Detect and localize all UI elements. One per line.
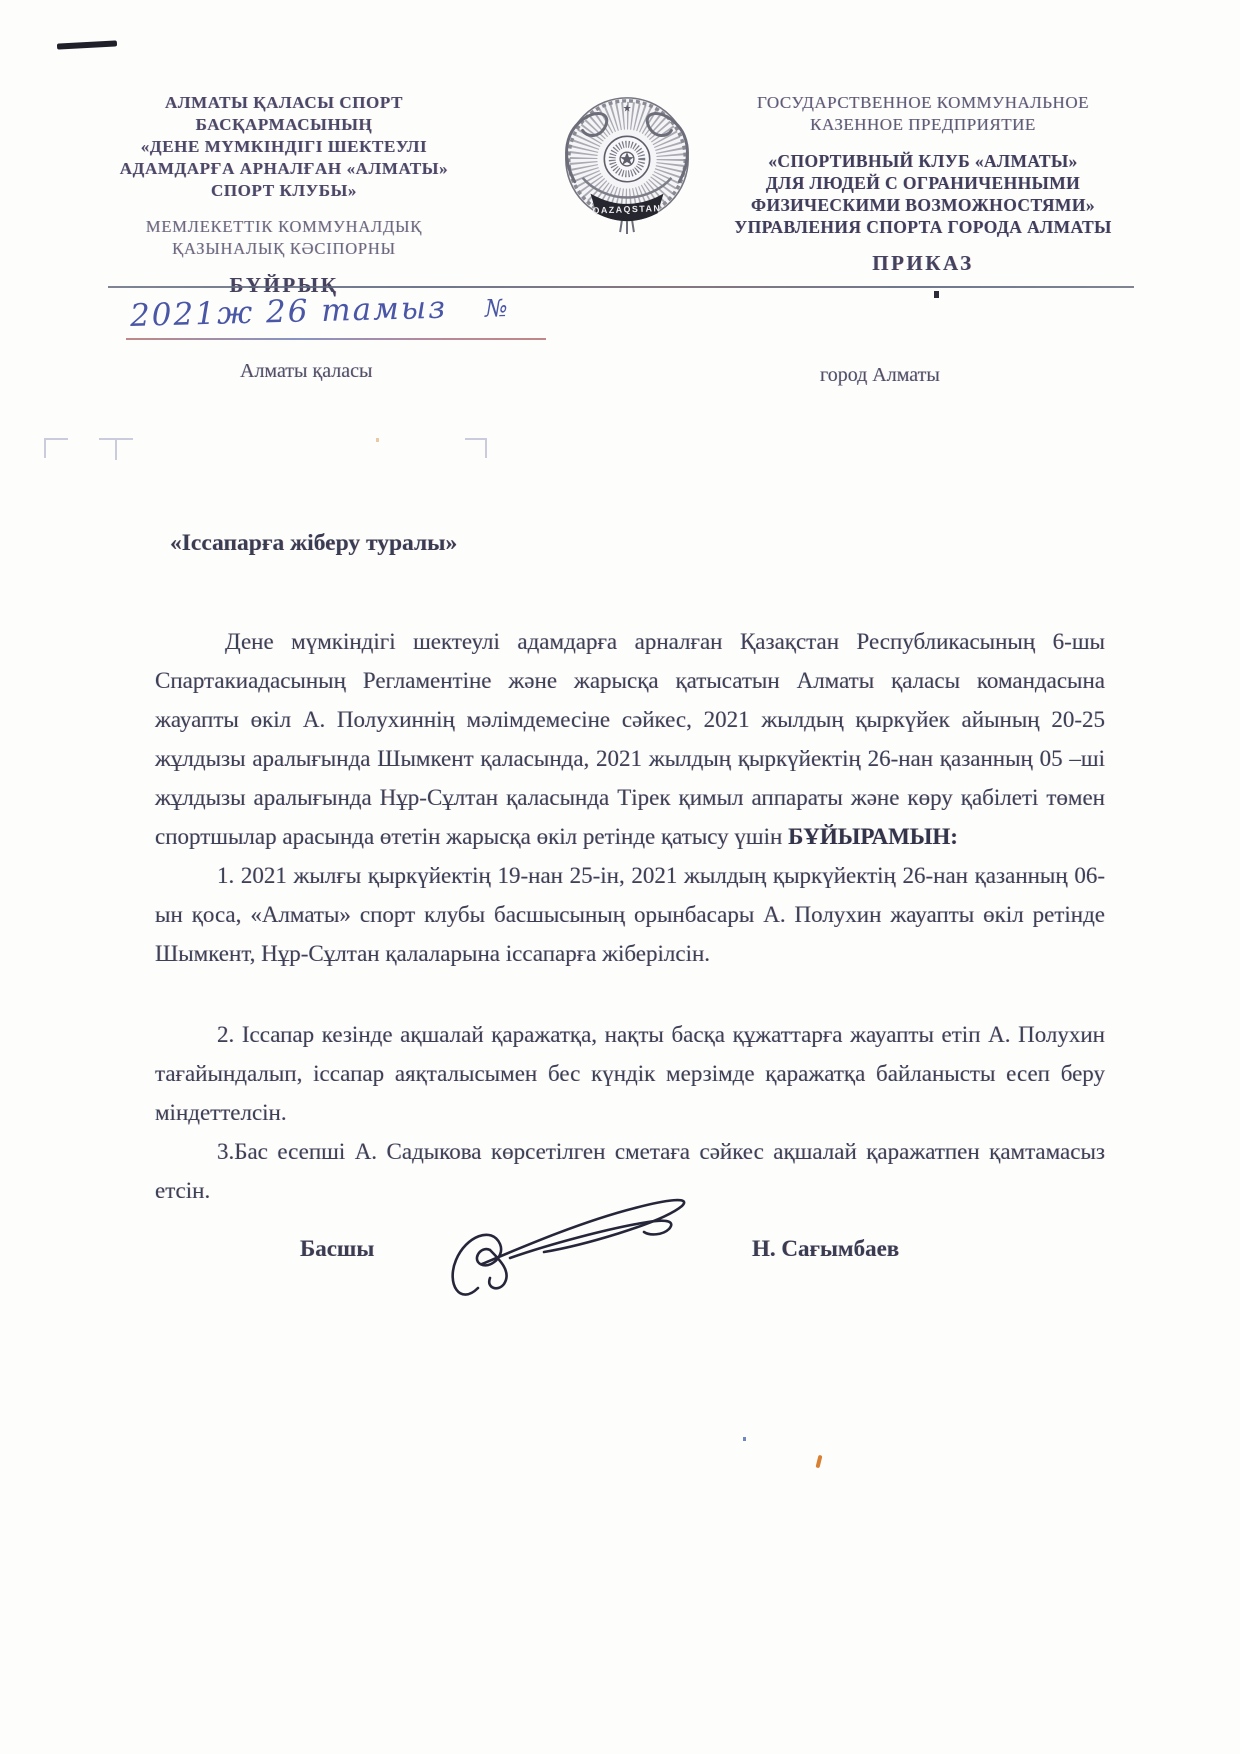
org-type-ru-line: ГОСУДАРСТВЕННОЕ КОММУНАЛЬНОЕ (692, 92, 1154, 114)
svg-text:★: ★ (623, 104, 632, 115)
org-name-ru-line: УПРАВЛЕНИЯ СПОРТА ГОРОДА АЛМАТЫ (692, 216, 1154, 238)
scan-tick-artifact (934, 291, 939, 298)
org-type-ru-line: КАЗЕННОЕ ПРЕДПРИЯТИЕ (692, 114, 1154, 136)
scan-corner-artifact-left (44, 438, 68, 458)
date-underline (126, 338, 546, 340)
scanned-order-document: АЛМАТЫ ҚАЛАСЫ СПОРТ БАСҚАРМАСЫНЫҢ «ДЕНЕ … (0, 0, 1240, 1754)
letterhead-russian: ГОСУДАРСТВЕННОЕ КОММУНАЛЬНОЕ КАЗЕННОЕ ПР… (692, 92, 1154, 276)
scan-tee-stem (115, 438, 117, 460)
scan-speck-orange (815, 1455, 822, 1469)
header-divider-line (108, 286, 1134, 288)
scan-dot-artifact (376, 438, 379, 442)
document-number-sign: № (485, 294, 510, 323)
order-intro-paragraph: Дене мүмкіндігі шектеулі адамдарға арнал… (155, 622, 1105, 856)
scan-corner-artifact-right (465, 438, 487, 458)
doc-type-ru: ПРИКАЗ (692, 251, 1154, 276)
signature-scrawl (420, 1188, 710, 1318)
place-russian: город Алматы (820, 364, 940, 387)
scan-tee-artifact (99, 438, 133, 460)
order-body: Дене мүмкіндігі шектеулі адамдарға арнал… (155, 622, 1105, 1210)
letterhead-kazakh: АЛМАТЫ ҚАЛАСЫ СПОРТ БАСҚАРМАСЫНЫҢ «ДЕНЕ … (78, 92, 490, 298)
kazakhstan-coat-of-arms-icon: ★ QAZAQSTAN (553, 86, 701, 238)
handwritten-date-text: 2021ж 26 тамыз (130, 290, 448, 334)
order-keyword: БҰЙЫРАМЫН: (788, 824, 958, 849)
org-type-kk-line: ҚАЗЫНАЛЫҚ КӘСІПОРНЫ (78, 238, 490, 260)
org-name-kk: АЛМАТЫ ҚАЛАСЫ СПОРТ БАСҚАРМАСЫНЫҢ «ДЕНЕ … (78, 92, 490, 202)
scan-speck-blue (743, 1437, 746, 1441)
org-type-kk: МЕМЛЕКЕТТІК КОММУНАЛДЫҚ ҚАЗЫНАЛЫҚ КӘСІПО… (78, 216, 490, 260)
org-name-kk-line: «ДЕНЕ МҮМКІНДІГІ ШЕКТЕУЛІ (78, 136, 490, 158)
org-name-ru-line: «СПОРТИВНЫЙ КЛУБ «АЛМАТЫ» (692, 150, 1154, 172)
org-type-kk-line: МЕМЛЕКЕТТІК КОММУНАЛДЫҚ (78, 216, 490, 238)
order-item-1: 1. 2021 жылғы қыркүйектің 19-нан 25-ін, … (155, 856, 1105, 973)
org-name-kk-line: АДАМДАРҒА АРНАЛҒАН «АЛМАТЫ» (78, 158, 490, 180)
org-name-ru-line: ДЛЯ ЛЮДЕЙ С ОГРАНИЧЕННЫМИ (692, 172, 1154, 194)
org-name-kk-line: СПОРТ КЛУБЫ» (78, 180, 490, 202)
order-intro-text: Дене мүмкіндігі шектеулі адамдарға арнал… (155, 629, 1105, 849)
place-kazakh: Алматы қаласы (240, 360, 372, 383)
org-name-ru: «СПОРТИВНЫЙ КЛУБ «АЛМАТЫ» ДЛЯ ЛЮДЕЙ С ОГ… (692, 150, 1154, 238)
scan-dash-artifact (57, 40, 117, 49)
signer-name: Н. Сағымбаев (752, 1236, 899, 1262)
org-type-ru: ГОСУДАРСТВЕННОЕ КОММУНАЛЬНОЕ КАЗЕННОЕ ПР… (692, 92, 1154, 136)
signer-title: Басшы (300, 1236, 374, 1262)
org-name-ru-line: ФИЗИЧЕСКИМИ ВОЗМОЖНОСТЯМИ» (692, 194, 1154, 216)
order-item-2: 2. Іссапар кезінде ақшалай қаражатқа, на… (155, 1015, 1105, 1132)
org-name-kk-line: АЛМАТЫ ҚАЛАСЫ СПОРТ БАСҚАРМАСЫНЫҢ (78, 92, 490, 136)
order-subject: «Іссапарға жіберу туралы» (170, 530, 457, 557)
